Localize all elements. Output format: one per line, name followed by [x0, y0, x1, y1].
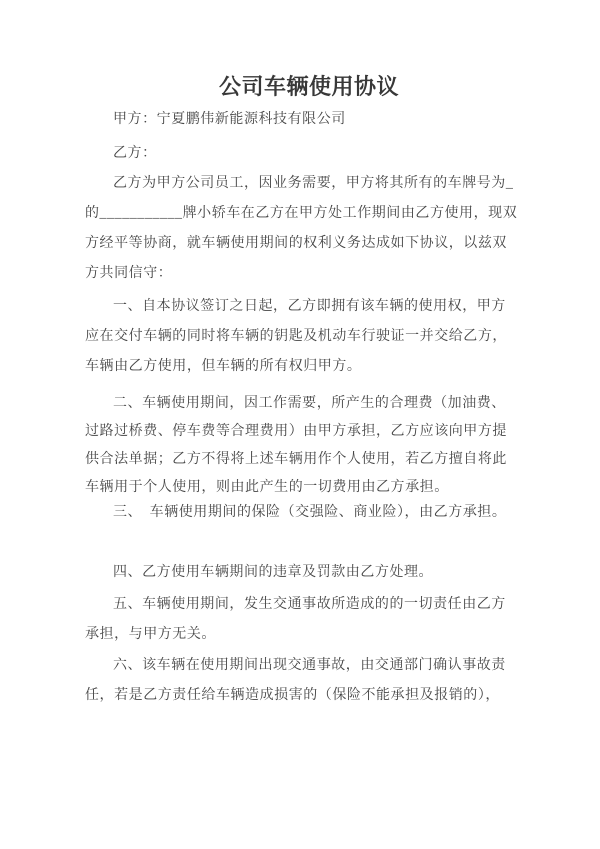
text-line: 乙方：	[85, 139, 513, 169]
document-page: 公司车辆使用协议 甲方：宁夏鹏伟新能源科技有限公司乙方：乙方为甲方公司员工，因业…	[0, 0, 600, 849]
text-line: 方经平等协商，就车辆使用期间的权利义务达成如下协议，以兹双	[85, 229, 513, 259]
paragraph-intro: 乙方为甲方公司员工，因业务需要，甲方将其所有的车牌号为_的___________…	[85, 169, 513, 289]
text-line: 六、该车辆在使用期间出现交通事故，由交通部门确认事故责	[85, 651, 513, 681]
paragraph-clause-5: 五、车辆使用期间，发生交通事故所造成的的一切责任由乙方承担，与甲方无关。	[85, 590, 513, 650]
text-line: 四、乙方使用车辆期间的违章及罚款由乙方处理。	[85, 558, 513, 588]
paragraph-party-b: 乙方：	[85, 139, 513, 169]
text-line: 过路过桥费、停车费等合理费用）由甲方承担，乙方应该向甲方提	[85, 418, 513, 446]
text-line: 车辆由乙方使用，但车辆的所有权归甲方。	[85, 352, 513, 382]
document-body: 甲方：宁夏鹏伟新能源科技有限公司乙方：乙方为甲方公司员工，因业务需要，甲方将其所…	[85, 105, 513, 711]
paragraph-clause-3: 三、 车辆使用期间的保险（交强险、商业险），由乙方承担。	[85, 498, 513, 528]
text-line: 五、车辆使用期间，发生交通事故所造成的的一切责任由乙方	[85, 590, 513, 620]
text-line: 二、车辆使用期间，因工作需要，所产生的合理费（加油费、	[85, 390, 513, 418]
text-line: 的___________牌小轿车在乙方在甲方处工作期间由乙方使用，现双	[85, 199, 513, 229]
text-line: 乙方为甲方公司员工，因业务需要，甲方将其所有的车牌号为_	[85, 169, 513, 199]
paragraph-clause-4: 四、乙方使用车辆期间的违章及罚款由乙方处理。	[85, 558, 513, 588]
paragraph-clause-2: 二、车辆使用期间，因工作需要，所产生的合理费（加油费、过路过桥费、停车费等合理费…	[85, 390, 513, 502]
paragraph-party-a: 甲方：宁夏鹏伟新能源科技有限公司	[85, 105, 513, 135]
text-line: 方共同信守：	[85, 259, 513, 289]
text-line: 任，若是乙方责任给车辆造成损害的（保险不能承担及报销的），	[85, 681, 513, 711]
page-title: 公司车辆使用协议	[95, 72, 523, 102]
text-line: 应在交付车辆的同时将车辆的钥匙及机动车行驶证一并交给乙方，	[85, 322, 513, 352]
text-line: 承担，与甲方无关。	[85, 620, 513, 650]
paragraph-clause-1: 一、自本协议签订之日起，乙方即拥有该车辆的使用权，甲方应在交付车辆的同时将车辆的…	[85, 292, 513, 382]
text-line: 一、自本协议签订之日起，乙方即拥有该车辆的使用权，甲方	[85, 292, 513, 322]
text-line: 甲方：宁夏鹏伟新能源科技有限公司	[85, 105, 513, 135]
text-line: 三、 车辆使用期间的保险（交强险、商业险），由乙方承担。	[85, 498, 513, 528]
paragraph-clause-6: 六、该车辆在使用期间出现交通事故，由交通部门确认事故责任，若是乙方责任给车辆造成…	[85, 651, 513, 711]
text-line: 供合法单据；乙方不得将上述车辆用作个人使用，若乙方擅自将此	[85, 446, 513, 474]
